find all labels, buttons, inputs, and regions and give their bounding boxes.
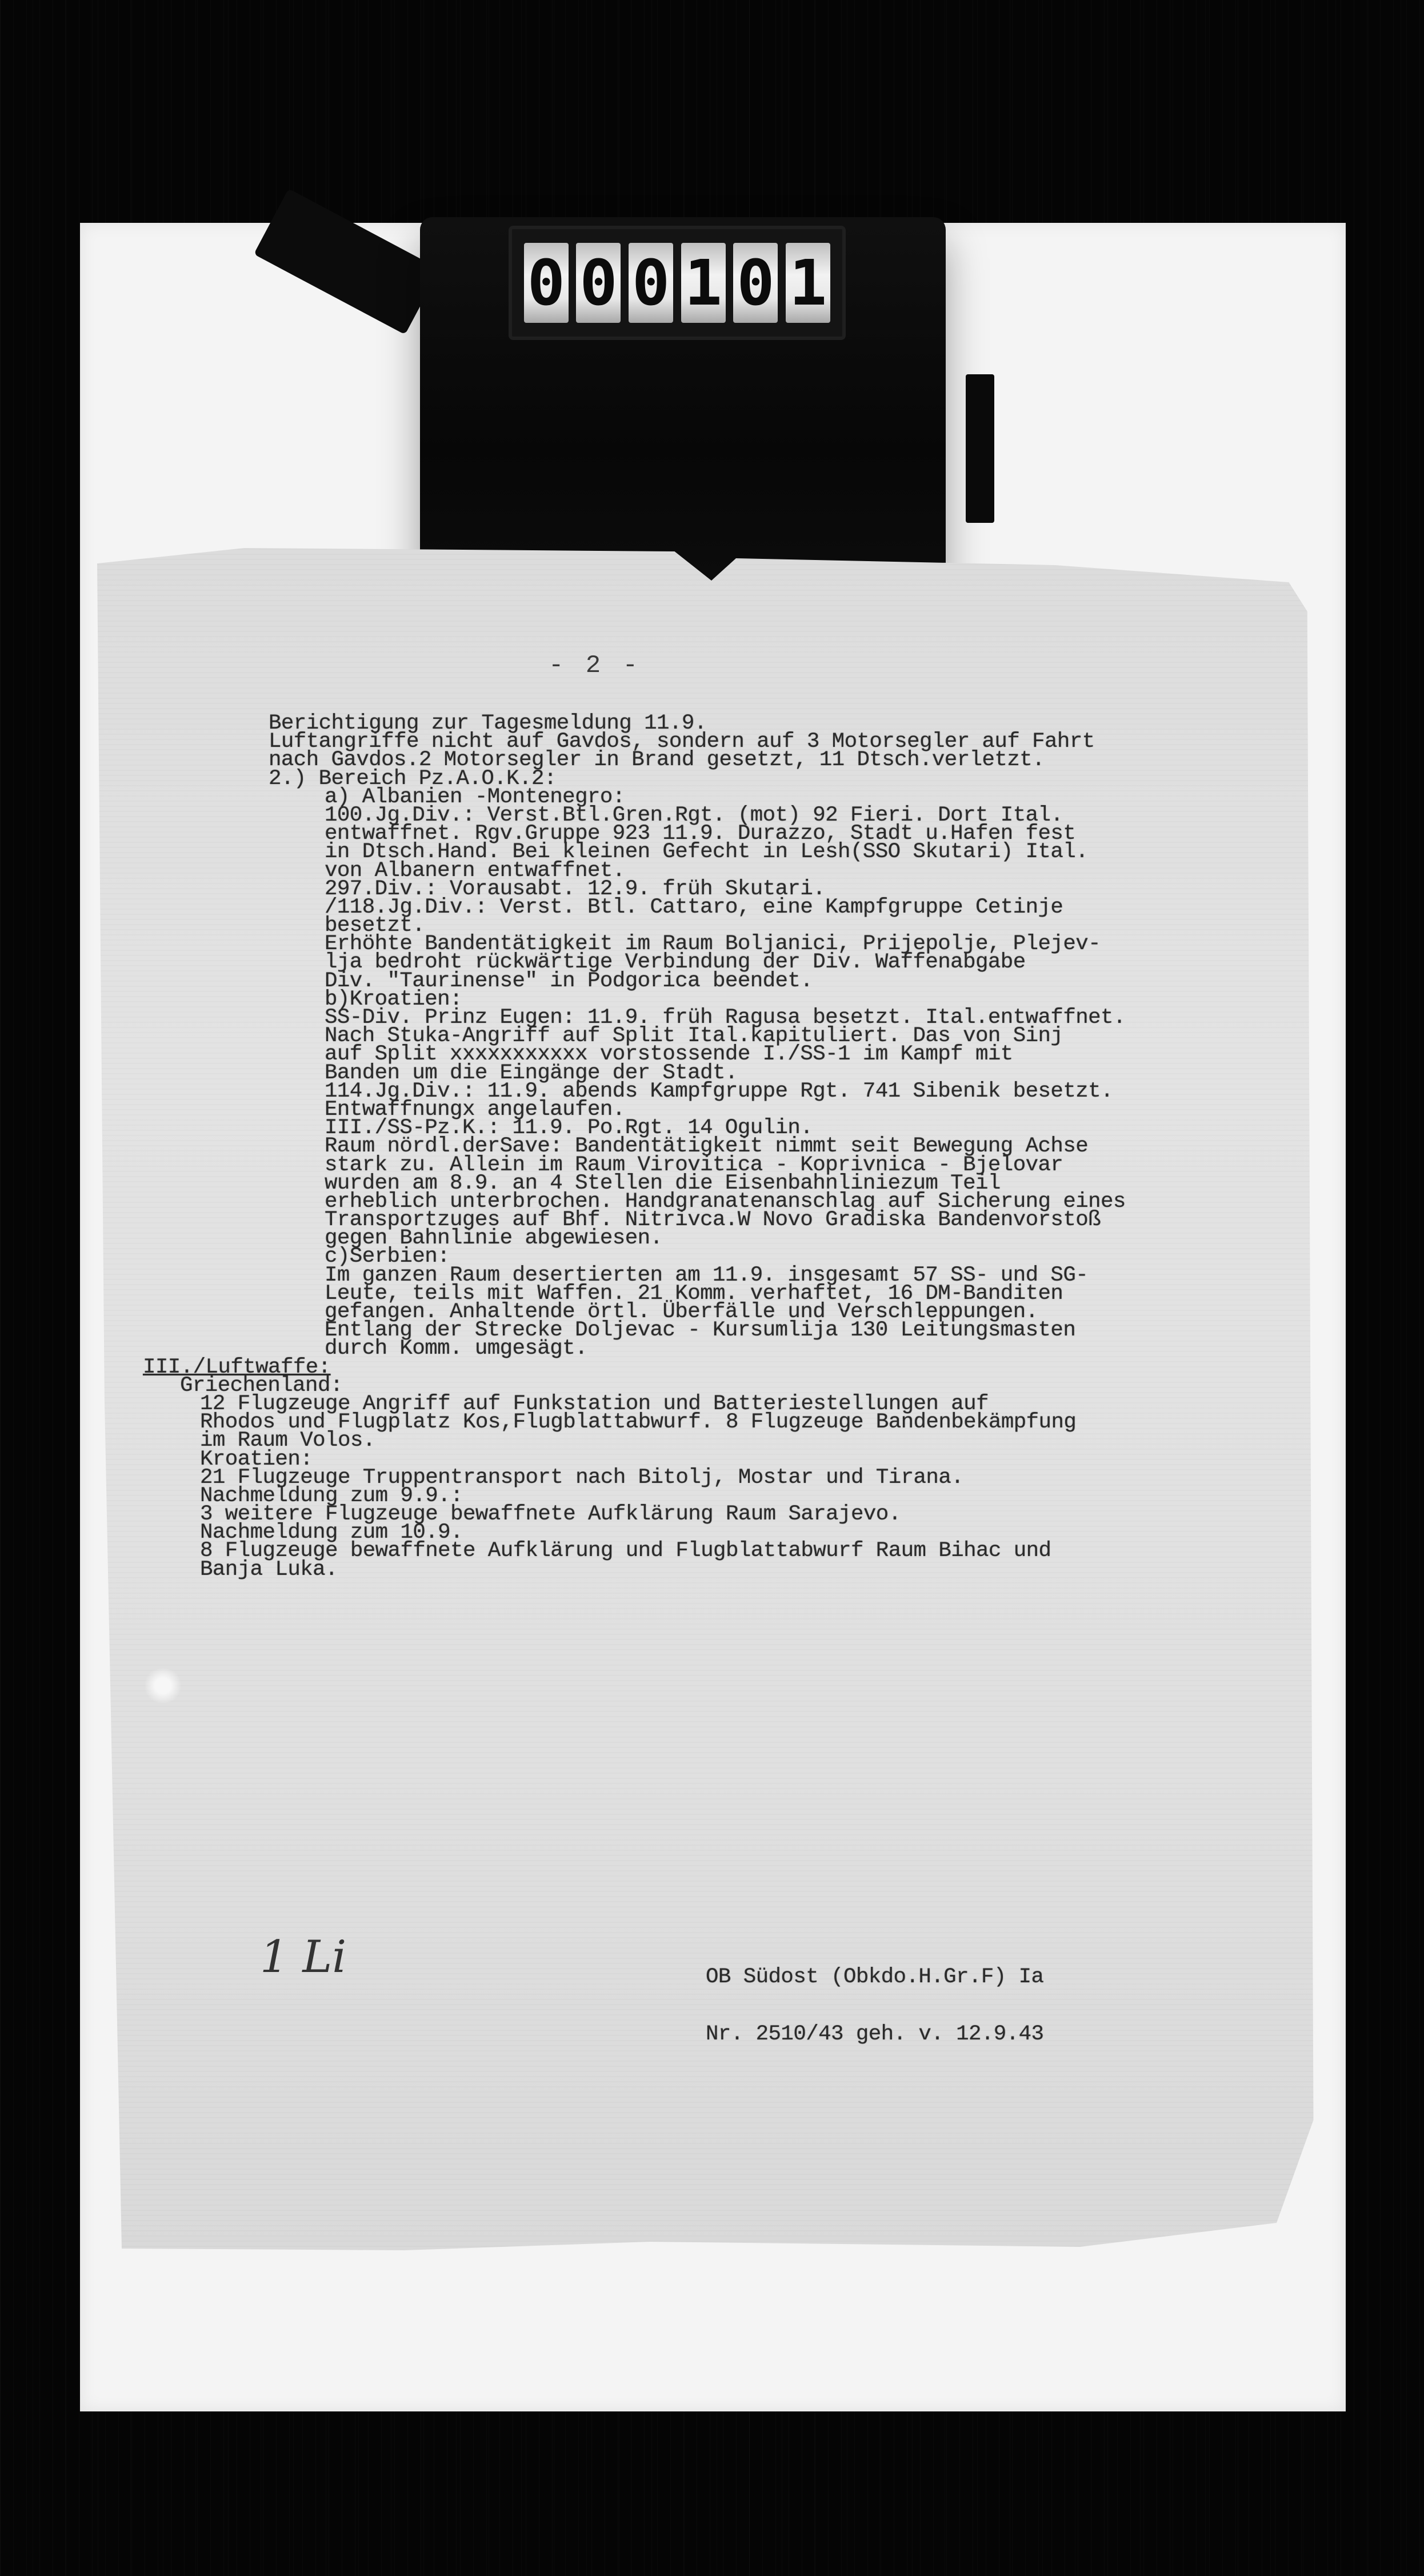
counter-digit: 0 <box>629 243 673 323</box>
signature-line-reference: Nr. 2510/43 geh. v. 12.9.43 <box>706 2025 1043 2043</box>
paper-smudge <box>143 1669 183 1703</box>
handwritten-initials: 1 Li <box>260 1931 346 1983</box>
counter-digit-window: 0 0 0 1 0 1 <box>509 226 846 340</box>
counter-digit: 0 <box>733 243 778 323</box>
counter-digit: 1 <box>786 243 830 323</box>
document-line: Banja Luka. <box>200 1561 1343 1579</box>
document-line: 8 Flugzeuge bewaffnete Aufklärung und Fl… <box>200 1542 1343 1560</box>
counter-digit: 1 <box>681 243 726 323</box>
page-number: - 2 - <box>549 651 641 680</box>
frame-counter-device: 0 0 0 1 0 1 <box>420 171 951 440</box>
document-line: im Raum Volos. <box>200 1431 1343 1450</box>
document-line: durch Komm. umgesägt. <box>269 1339 1343 1358</box>
counter-reset-knob <box>966 374 994 523</box>
document-line: /118.Jg.Div.: Verst. Btl. Cattaro, eine … <box>269 898 1343 917</box>
counter-digit: 0 <box>576 243 621 323</box>
signature-block: OB Südost (Obkdo.H.Gr.F) Ia Nr. 2510/43 … <box>706 1929 1043 2062</box>
signature-line-office: OB Südost (Obkdo.H.Gr.F) Ia <box>706 1967 1043 1986</box>
counter-digit: 0 <box>524 243 569 323</box>
document-body: Berichtigung zur Tagesmeldung 11.9.Lufta… <box>269 714 1343 1579</box>
